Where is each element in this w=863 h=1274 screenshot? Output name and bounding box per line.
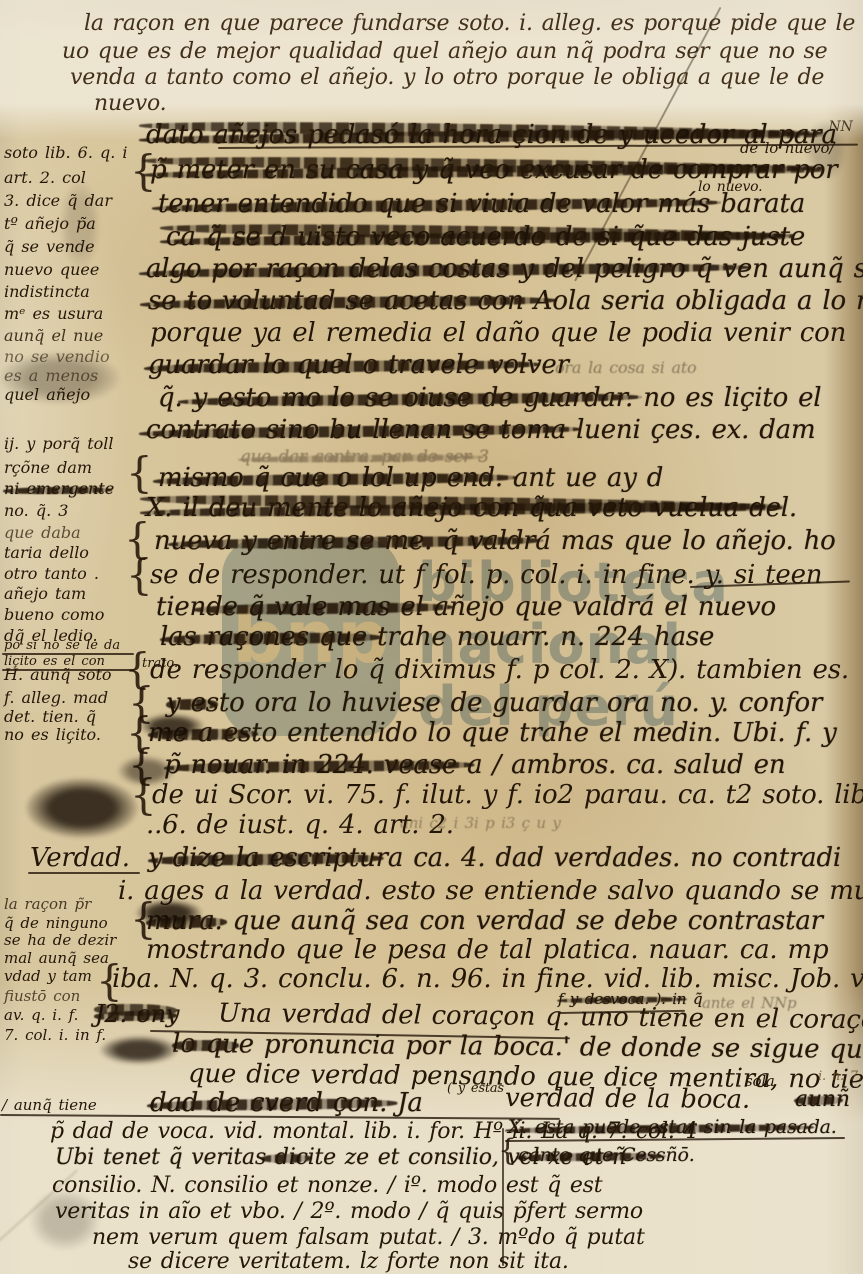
manuscript-line: mura. que aunq̃ sea con verdad se debe c… bbox=[146, 908, 823, 935]
scribe-brace-icon: { bbox=[130, 150, 157, 192]
margin-note: fiustō con bbox=[4, 989, 80, 1005]
scribe-brace-icon: { bbox=[126, 452, 153, 494]
manuscript-line: Verdad. bbox=[30, 845, 130, 872]
ink-rule bbox=[28, 872, 140, 874]
margin-note: 7. col. i. in f. bbox=[4, 1028, 106, 1044]
manuscript-line: nueva y entre se me. q̃ valdrá mas que l… bbox=[154, 528, 836, 555]
manuscript-line: me a esto entendido lo que trahe el medi… bbox=[148, 720, 837, 747]
ink-blot bbox=[140, 714, 204, 738]
ink-blot bbox=[0, 352, 120, 404]
ink-blot bbox=[136, 900, 202, 926]
margin-note: / aunq̃ tiene bbox=[2, 1098, 97, 1114]
manuscript-line: la raçon en que parece fundarse soto. i.… bbox=[84, 12, 863, 35]
margin-note: no. q̃. 3 bbox=[4, 503, 68, 520]
manuscript-line: aunñ bbox=[795, 1088, 850, 1111]
scribe-brace-icon: { bbox=[96, 960, 123, 1002]
margin-note: rçõne dam bbox=[4, 460, 92, 477]
ink-blot bbox=[30, 1190, 100, 1250]
manuscript-line: mostrando que le pesa de tal platica. na… bbox=[146, 937, 828, 964]
margin-note: añejo tam bbox=[4, 586, 86, 603]
ink-blot bbox=[806, 120, 846, 180]
margin-note: que daba bbox=[4, 525, 81, 542]
margin-note: mal aunq̃ sea bbox=[4, 951, 109, 967]
margin-note: aunq̃ el nue bbox=[4, 328, 103, 345]
manuscript-line: X. il deu mente lo añejo con q̃ua veto v… bbox=[146, 495, 797, 522]
ink-rule bbox=[2, 653, 134, 655]
ink-blot bbox=[60, 180, 100, 270]
scribe-brace-icon: { bbox=[126, 554, 153, 596]
manuscript-line: J2. ony bbox=[95, 1002, 179, 1027]
manuscript-line: q̃. y esto mo lo se oiuse de guardar. no… bbox=[158, 385, 821, 412]
manuscript-line: X. esta puede estar sin la pasada. bbox=[508, 1118, 837, 1138]
margin-note: soto lib. 6. q. i bbox=[4, 145, 128, 162]
manuscript-line: mismo q̃ cue o lol up end. ant ue ay d bbox=[158, 465, 663, 492]
manuscript-line: uo que es de mejor qualidad quel añejo a… bbox=[62, 40, 827, 63]
manuscript-line: las raçones que trahe nouarr. n. 224 has… bbox=[160, 624, 714, 651]
manuscript-line: consilio. N. consilio et nonze. / iº. mo… bbox=[52, 1174, 602, 1197]
manuscript-line: contrato sino bu llenan se toma lueni çe… bbox=[146, 417, 815, 444]
manuscript-line: Ubi tenet q̃ veritas dicite ze et consil… bbox=[55, 1146, 626, 1169]
ink-blot bbox=[26, 778, 138, 838]
margin-note: no es liçito. bbox=[4, 727, 101, 744]
manuscript-line: ca q̃ se d uisto veco acuerdo de si q̃ue… bbox=[166, 224, 805, 251]
margin-note: q̃ de ninguno bbox=[4, 916, 108, 932]
manuscript-line: de responder lo q̃ diximus f. p col. 2. … bbox=[150, 657, 849, 684]
manuscript-line: ani ç2 i 3i p i3 ç u y bbox=[400, 816, 561, 832]
scribe-brace-icon: { bbox=[498, 1136, 517, 1166]
manuscript-line: tener entendido que si viuia de valor má… bbox=[158, 191, 805, 218]
manuscript-line: guardar lo quel o travele volver bbox=[148, 352, 569, 379]
manuscript-line: dad de cverd çon. Ja bbox=[150, 1090, 423, 1117]
manuscript-line: i. n. 7. bbox=[818, 1070, 862, 1084]
manuscript-line: p̃ nouar. in 224. vease a / ambros. ca. … bbox=[164, 752, 785, 779]
manuscript-line: tiende q̃ vale mas el añejo que valdrá e… bbox=[156, 594, 776, 621]
manuscript-line: nem verum quem falsam putat. / 3. mºdo q… bbox=[92, 1226, 645, 1249]
margin-note: ni emergente bbox=[4, 481, 114, 498]
ink-blot bbox=[100, 1036, 178, 1064]
manuscript-line: nuevo. bbox=[94, 92, 166, 115]
margin-note: mᵉ es usura bbox=[4, 306, 103, 323]
margin-note: taria dello bbox=[4, 545, 89, 562]
margin-note: av. q. i. f. bbox=[4, 1008, 78, 1024]
margin-note: indistincta bbox=[4, 284, 90, 301]
manuscript-line: i. ages a la verdad. esto se entiende sa… bbox=[118, 878, 863, 905]
manuscript-line: sola bbox=[745, 1074, 775, 1090]
manuscript-line: porque ya el remedia el daño que le podi… bbox=[150, 320, 846, 347]
margin-note: la raçon p̃r bbox=[4, 897, 91, 913]
margin-note: det. tien. q̃ bbox=[4, 709, 96, 726]
margin-note: otro tanto . bbox=[4, 566, 99, 583]
margin-note: bueno como bbox=[4, 607, 104, 624]
manuscript-line: de ui Scor. vi. 75. f. ilut. y f. io2 pa… bbox=[152, 782, 863, 809]
margin-note: ij. y porq̃ toll bbox=[4, 436, 114, 453]
manuscript-line: veritas in aĩo et vbo. / 2º. modo / q̃ q… bbox=[55, 1200, 643, 1223]
manuscript-line: venda a tanto como el añejo. y lo otro p… bbox=[70, 66, 824, 89]
margin-note: vdad y tam bbox=[4, 969, 92, 985]
ink-rule bbox=[2, 669, 134, 671]
manuscript-line: y esto ora lo huviese de guardar ora no.… bbox=[166, 690, 822, 717]
manuscript-line: iba. N. q. 3. conclu. 6. n. 96. in fine.… bbox=[112, 966, 863, 993]
manuscript-scan: bnp biblioteca nacional del perú la raço… bbox=[0, 0, 863, 1274]
manuscript-line: y dize la escriptura ca. 4. dad verdades… bbox=[148, 845, 841, 872]
margin-note: f. alleg. mad bbox=[4, 690, 108, 707]
manuscript-line: ( y estas bbox=[447, 1082, 504, 1096]
manuscript-line: ora la cosa si ato bbox=[555, 360, 697, 377]
margin-note: se ha de dezir bbox=[4, 933, 116, 949]
ink-blot bbox=[118, 756, 174, 786]
manuscript-line: se to voluntad se acetas con Aola seria … bbox=[148, 288, 863, 315]
margin-note: po si no se le da bbox=[4, 639, 120, 653]
manuscript-line: algo por raçon delas costas y del peligr… bbox=[146, 256, 863, 283]
manuscript-line: verdad de la boca. bbox=[505, 1085, 750, 1114]
